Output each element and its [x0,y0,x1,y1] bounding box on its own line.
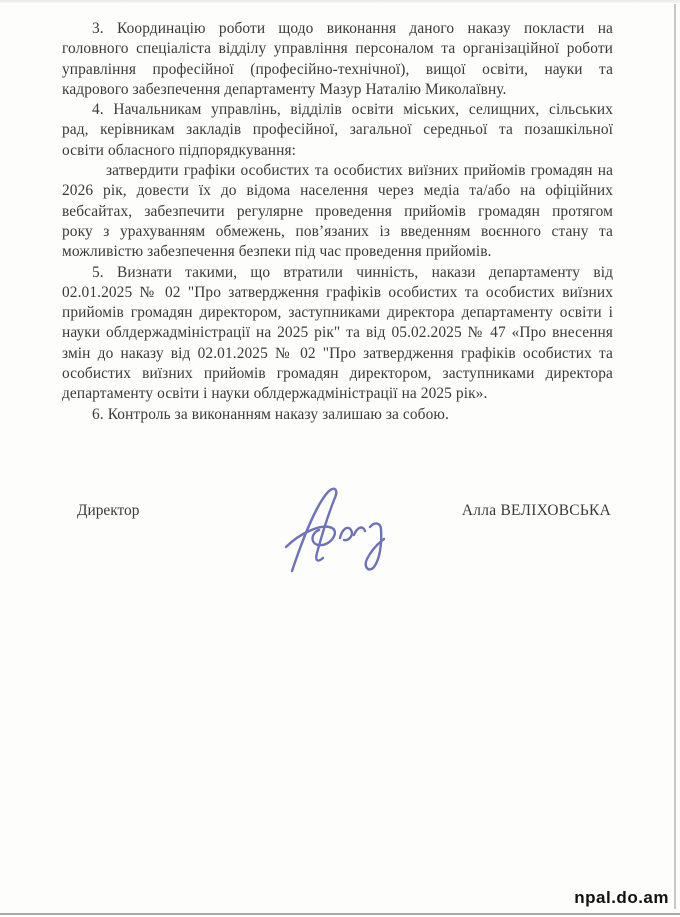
text-line: освіти обласного підпорядкування: [62,141,613,161]
signature-strokes [286,489,384,571]
text-line: вебсайтах, забезпечити регулярне проведе… [62,202,613,222]
text-line: особистих виїзних прийомів громадян дире… [62,364,613,384]
text-line: 3. Координацію роботи щодо виконання дан… [62,19,613,39]
text-line: управління професійної (професійно-техні… [62,60,613,80]
text-line: головного спеціаліста відділу управління… [62,39,613,59]
paragraph-5: 5. Визнати такими, що втратили чинність,… [62,263,613,405]
scan-edge-bottom [0,913,680,915]
text-line: рад, керівникам закладів професійної, за… [62,120,613,140]
paragraph-6: 6. Контроль за виконанням наказу залишаю… [62,405,613,425]
scan-edge-top [0,0,680,3]
text-line: 4. Начальникам управлінь, відділів освіт… [62,100,613,120]
text-line: департаменту освіти і науки облдержадмін… [62,384,613,404]
site-watermark: npal.do.am [574,888,669,908]
text-line: 02.01.2025 № 02 "Про затвердження графік… [62,283,613,303]
text-line: 6. Контроль за виконанням наказу залишаю… [62,405,613,425]
paragraph-3: 3. Координацію роботи щодо виконання дан… [62,19,613,100]
text-line: 5. Визнати такими, що втратили чинність,… [62,263,613,283]
paragraph-4-continuation: затвердити графіки особистих та особисти… [62,161,613,262]
text-line: кадрового забезпечення департаменту Мазу… [62,80,613,100]
text-line: затвердити графіки особистих та особисти… [62,161,613,181]
scan-edge-right [674,4,676,909]
text-line: науки облдержадміністрації на 2025 рік" … [62,323,613,343]
text-line: можливістю забезпечення безпеки під час … [62,242,613,262]
document-body: 3. Координацію роботи щодо виконання дан… [62,19,613,425]
handwritten-signature-icon [278,483,398,579]
text-line: року з урахуванням обмежень, пов’язаних … [62,222,613,242]
signer-role-label: Директор [77,502,139,520]
signer-name: Алла ВЕЛІХОВСЬКА [462,502,611,520]
scanned-document-page: 3. Координацію роботи щодо виконання дан… [0,0,680,917]
paragraph-4: 4. Начальникам управлінь, відділів освіт… [62,100,613,161]
text-line: прийомів громадян директором, заступника… [62,303,613,323]
text-line: змін до наказу від 02.01.2025 № 02 "Про … [62,344,613,364]
text-line: 2026 рік, довести їх до відома населення… [62,181,613,201]
